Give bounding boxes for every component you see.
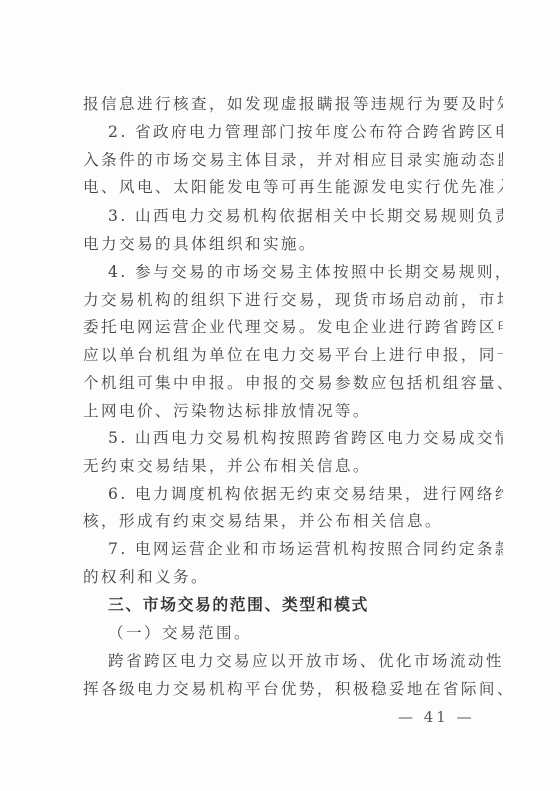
text-line: 电、风电、太阳能发电等可再生能源发电实行优先准入。: [83, 176, 503, 198]
text-line: 无约束交易结果，并公布相关信息。: [83, 455, 503, 477]
document-page: 报信息进行核查，如发现虚报瞒报等违规行为要及时处理并通报。 2. 省政府电力管理…: [0, 0, 560, 791]
text-line: 力交易机构的组织下进行交易，现货市场启动前，市场交易主体可: [83, 289, 503, 311]
text-line: 上网电价、污染物达标排放情况等。: [83, 400, 503, 422]
text-line: 挥各级电力交易机构平台优势，积极稳妥地在省际间、区域间、全: [83, 678, 503, 700]
subsection-heading: （一）交易范围。: [108, 622, 503, 644]
text-line-item-3: 3. 山西电力交易机构依据相关中长期交易规则负责跨省跨区: [108, 205, 503, 227]
text-line-item-7: 7. 电网运营企业和市场运营机构按照合同约定条款履行各自: [108, 538, 503, 560]
text-line: 的权利和义务。: [83, 566, 503, 588]
text-line: 跨省跨区电力交易应以开放市场、优化市场流动性为原则，发: [108, 650, 503, 672]
text-line: 委托电网运营企业代理交易。发电企业进行跨省跨区电力交易，: [83, 316, 503, 338]
text-line: 核，形成有约束交易结果，并公布相关信息。: [83, 510, 503, 532]
text-line: 个机组可集中申报。申报的交易参数应包括机组容量、供电煤耗、: [83, 372, 503, 394]
text-line: 电力交易的具体组织和实施。: [83, 233, 503, 255]
text-line: 入条件的市场交易主体目录，并对相应目录实施动态监管，对水: [83, 149, 503, 171]
text-line-item-2: 2. 省政府电力管理部门按年度公布符合跨省跨区电力交易准: [108, 121, 503, 143]
text-line: 报信息进行核查，如发现虚报瞒报等违规行为要及时处理并通报。: [83, 93, 503, 115]
text-line-item-4: 4. 参与交易的市场交易主体按照中长期交易规则，在山西电: [108, 261, 503, 283]
text-line-item-5: 5. 山西电力交易机构按照跨省跨区电力交易成交情况，形成: [108, 427, 503, 449]
section-heading: 三、市场交易的范围、类型和模式: [108, 594, 503, 616]
text-line-item-6: 6. 电力调度机构依据无约束交易结果，进行网络约束安全校: [108, 483, 503, 505]
text-line: 应以单台机组为单位在电力交易平台上进行申报，同一电厂的多: [83, 344, 503, 366]
page-number: — 41 —: [398, 706, 475, 728]
